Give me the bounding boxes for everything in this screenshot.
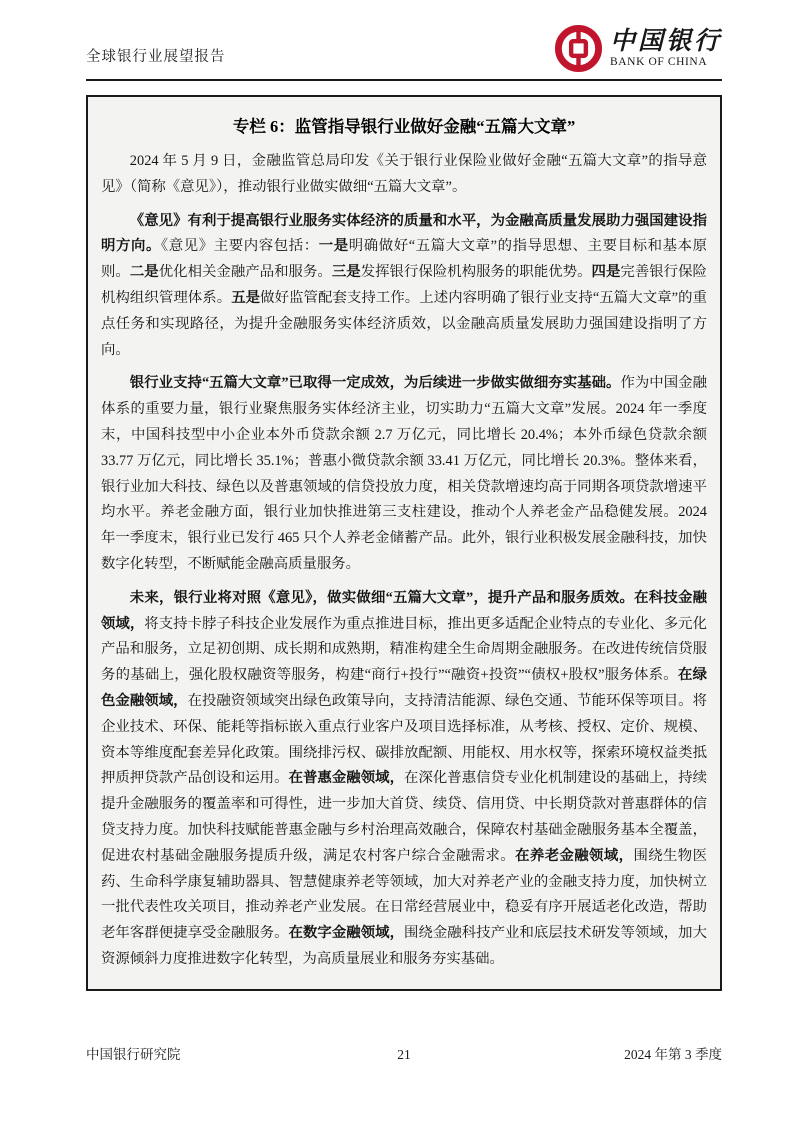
- box-paragraph: 银行业支持“五篇大文章”已取得一定成效，为后续进一步做实做细夯实基础。作为中国金…: [101, 371, 707, 577]
- boc-logo: 中国银行 BANK OF CHINA: [554, 24, 722, 73]
- boc-logo-en-name: BANK OF CHINA: [610, 57, 707, 69]
- text-segment: 作为中国金融体系的重要力量，银行业聚焦服务实体经济主业，切实助力“五篇大文章”发…: [101, 375, 707, 572]
- column-box-title: 专栏 6：监管指导银行业做好金融“五篇大文章”: [101, 113, 707, 137]
- footer-institution: 中国银行研究院: [86, 1043, 397, 1063]
- column-box: 专栏 6：监管指导银行业做好金融“五篇大文章” 2024 年 5 月 9 日，金…: [86, 95, 722, 991]
- column-box-body: 2024 年 5 月 9 日，金融监管总局印发《关于银行业保险业做好金融“五篇大…: [101, 149, 707, 973]
- report-title: 全球银行业展望报告: [86, 45, 226, 73]
- footer-issue: 2024 年第 3 季度: [411, 1043, 722, 1063]
- bold-text-segment: 三是: [332, 264, 361, 280]
- text-segment: 将支持卡脖子科技企业发展作为重点推进目标，推出更多适配企业特点的专业化、多元化产…: [101, 616, 707, 684]
- text-segment: 2024 年 5 月 9 日，金融监管总局印发《关于银行业保险业做好金融“五篇大…: [101, 153, 707, 195]
- page: 全球银行业展望报告 中国银行 BANK OF CHINA 专栏 6：监管指导银行…: [0, 0, 793, 1122]
- bold-text-segment: 银行业支持“五篇大文章”已取得一定成效，为后续进一步做实做细夯实基础。: [130, 375, 621, 391]
- text-segment: 发挥银行保险机构服务的职能优势。: [361, 264, 592, 280]
- bold-text-segment: 在数字金融领域，: [289, 925, 404, 941]
- box-paragraph: 《意见》有利于提高银行业服务实体经济的质量和水平，为金融高质量发展助力强国建设指…: [101, 209, 707, 364]
- text-segment: 《意见》主要内容包括：: [161, 238, 319, 254]
- bold-text-segment: 未来，银行业将对照《意见》，做实做细“五篇大文章”，提升产品和服务质效。: [130, 590, 634, 606]
- header-divider: [86, 79, 722, 81]
- bold-text-segment: 一是: [319, 238, 349, 254]
- bold-text-segment: 四是: [592, 264, 621, 280]
- box-paragraph: 2024 年 5 月 9 日，金融监管总局印发《关于银行业保险业做好金融“五篇大…: [101, 149, 707, 201]
- page-header: 全球银行业展望报告 中国银行 BANK OF CHINA: [0, 0, 793, 73]
- bold-text-segment: 在普惠金融领域，: [289, 770, 404, 786]
- text-segment: 优化相关金融产品和服务。: [159, 264, 332, 280]
- bold-text-segment: 在养老金融领域，: [515, 848, 633, 864]
- bold-text-segment: 二是: [130, 264, 159, 280]
- boc-logo-cn-name: 中国银行: [610, 29, 722, 54]
- box-paragraph: 未来，银行业将对照《意见》，做实做细“五篇大文章”，提升产品和服务质效。在科技金…: [101, 586, 707, 973]
- page-footer: 中国银行研究院 21 2024 年第 3 季度: [86, 1043, 722, 1063]
- boc-coin-emblem-icon: [554, 24, 603, 73]
- bold-text-segment: 五是: [231, 290, 260, 306]
- boc-logo-text: 中国银行 BANK OF CHINA: [610, 29, 722, 69]
- footer-page-number: 21: [397, 1047, 411, 1063]
